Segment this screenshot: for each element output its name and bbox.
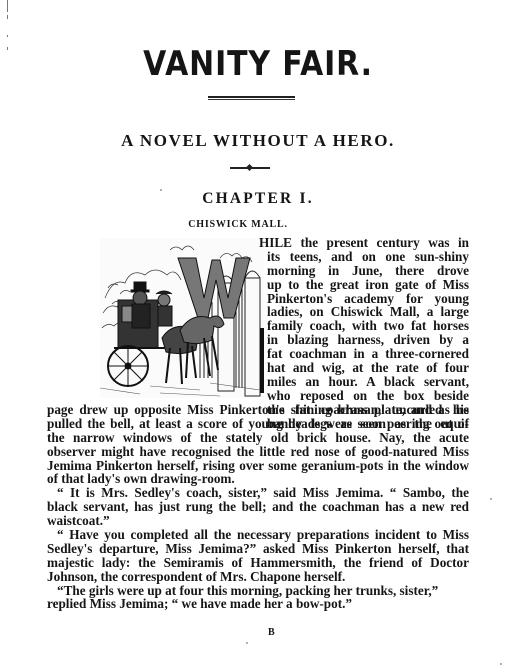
chapter-subtitle: CHISWICK MALL. bbox=[0, 219, 516, 230]
text-line: observer might have recognised the littl… bbox=[47, 445, 469, 459]
text-line: who reposed on the box beside bbox=[267, 389, 469, 403]
text-line: page drew up opposite Miss Pinkerton's s… bbox=[47, 403, 469, 417]
signature-mark: B bbox=[268, 627, 275, 638]
text-line: Johnson, the correspondent of Mrs. Chapo… bbox=[47, 570, 469, 584]
text-line: Pinkerton's academy for young bbox=[267, 292, 469, 306]
text-line: “The girls were up at four this morning,… bbox=[47, 584, 469, 598]
title-double-rule bbox=[208, 96, 295, 100]
text-line: in blazing harness, driven by a bbox=[267, 333, 469, 347]
ornament-divider bbox=[230, 167, 270, 169]
text-line: of that lady's own drawing-room. bbox=[47, 472, 469, 486]
text-line: ladies, on Chiswick Mall, a large bbox=[267, 305, 469, 319]
text-line: Sedley's departure, Miss Jemima?” asked … bbox=[47, 542, 469, 556]
scan-speck bbox=[160, 189, 162, 191]
text-line: HILE the present century was in bbox=[259, 236, 469, 250]
text-line: up to the great iron gate of Miss bbox=[267, 278, 469, 292]
engraving-coach-icon bbox=[100, 238, 264, 398]
text-line: majestic lady: the Semiramis of Hammersm… bbox=[47, 556, 469, 570]
coach-illustration bbox=[100, 238, 264, 398]
text-line: fat coachman in a three-cornered bbox=[267, 347, 469, 361]
book-title: VANITY FAIR. bbox=[31, 44, 485, 84]
text-line: “ It is Mrs. Sedley's coach, sister,” sa… bbox=[47, 486, 469, 500]
text-line: morning in June, there drove bbox=[267, 264, 469, 278]
body-text: page drew up opposite Miss Pinkerton's s… bbox=[47, 403, 469, 611]
text-line: waistcoat.” bbox=[47, 514, 469, 528]
chapter-heading: CHAPTER I. bbox=[0, 190, 516, 208]
scan-speck bbox=[500, 663, 502, 665]
margin-marks bbox=[7, 0, 9, 55]
text-line: black servant, has just rung the bell; a… bbox=[47, 500, 469, 514]
text-line: family coach, with two fat horses bbox=[267, 319, 469, 333]
text-line: pulled the bell, at least a score of you… bbox=[47, 417, 469, 431]
scan-speck bbox=[246, 642, 248, 644]
text-line: hat and wig, at the rate of four bbox=[267, 361, 469, 375]
scan-speck bbox=[490, 498, 492, 500]
book-subtitle: A NOVEL WITHOUT A HERO. bbox=[0, 131, 516, 151]
text-line: its teens, and on one sun-shiny bbox=[267, 250, 469, 264]
text-line: the narrow windows of the stately old br… bbox=[47, 431, 469, 445]
text-line: miles an hour. A black servant, bbox=[267, 375, 469, 389]
text-line: Jemima Pinkerton herself, rising over so… bbox=[47, 459, 469, 473]
text-line: “ Have you completed all the necessary p… bbox=[47, 528, 469, 542]
text-line: replied Miss Jemima; “ we have made her … bbox=[47, 597, 469, 611]
